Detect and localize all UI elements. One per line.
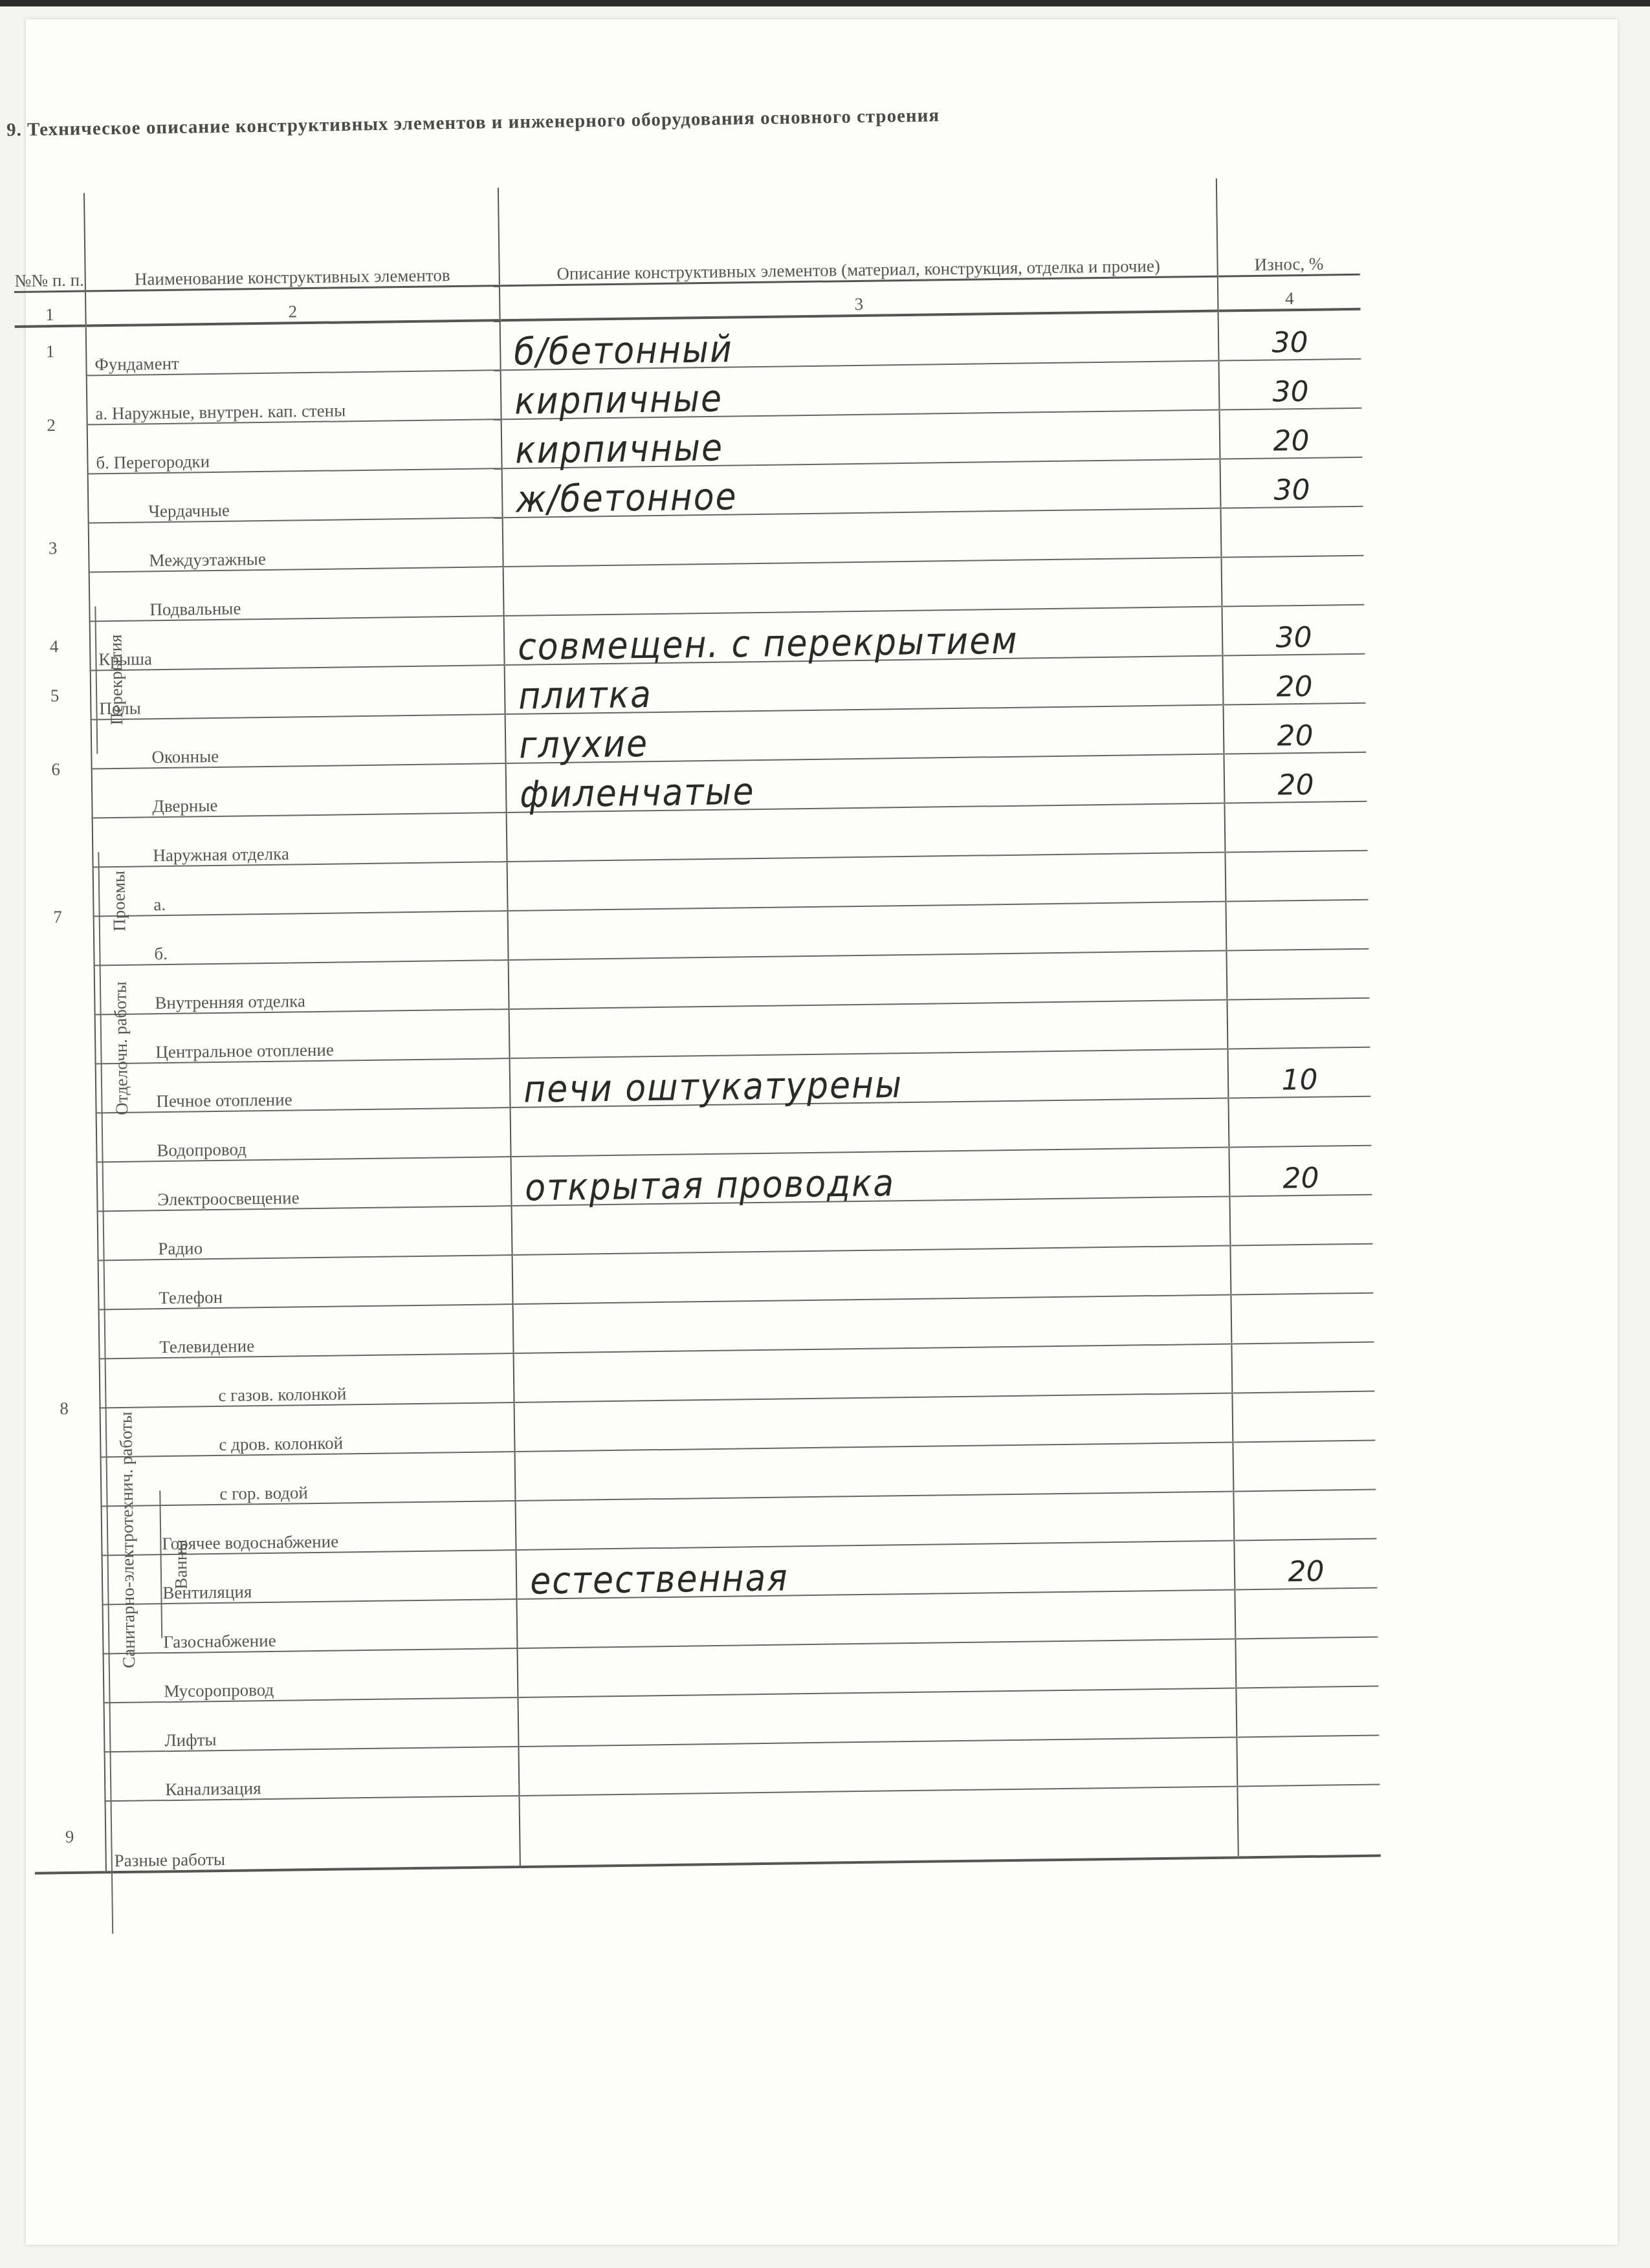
wear-percent-field[interactable] bbox=[1235, 1637, 1378, 1688]
element-name: Телефон bbox=[159, 1287, 223, 1307]
wear-percent-field[interactable]: 20 bbox=[1229, 1146, 1372, 1197]
wear-percent-field[interactable]: 20 bbox=[1223, 654, 1366, 705]
element-name: Наружная отделка bbox=[153, 844, 289, 866]
element-name: Подвальные bbox=[149, 598, 241, 619]
element-name-cell: Печное отопление bbox=[96, 1058, 511, 1113]
element-name-cell: Лифты bbox=[104, 1697, 519, 1752]
scan-edge bbox=[0, 0, 1650, 6]
element-name: Лифты bbox=[164, 1730, 217, 1750]
element-name-cell: Мусоропровод bbox=[104, 1648, 518, 1703]
element-name: Центральное отопление bbox=[155, 1040, 334, 1062]
element-name: с дров. колонкой bbox=[219, 1433, 343, 1454]
handwritten-description: открытая проводка bbox=[525, 1165, 896, 1207]
description-field[interactable] bbox=[514, 1393, 1233, 1452]
handwritten-wear: 30 bbox=[1272, 375, 1309, 409]
col-number: 4 bbox=[1218, 274, 1361, 311]
table-body: 1Фундаментб/бетонный302а. Наружные, внут… bbox=[15, 309, 1381, 1873]
element-name-cell: Радио bbox=[98, 1206, 512, 1260]
group-label-finishing: Отделочн. работы bbox=[99, 950, 142, 1148]
wear-percent-field[interactable] bbox=[1232, 1391, 1375, 1443]
row-number: 5 bbox=[19, 670, 91, 720]
header-name: Наименование конструктивных элементов bbox=[84, 188, 500, 291]
element-name-cell: б. bbox=[94, 911, 509, 965]
wear-percent-field[interactable] bbox=[1228, 1096, 1371, 1148]
element-name: Радио bbox=[158, 1238, 203, 1258]
element-name-cell: а. Наружные, внутрен. кап. стены bbox=[87, 370, 501, 424]
element-name-cell: а. bbox=[93, 862, 508, 916]
element-name: Водопровод bbox=[157, 1139, 247, 1160]
row-number: 4 bbox=[19, 622, 91, 671]
element-name-cell: Полы bbox=[91, 665, 505, 719]
wear-percent-field[interactable] bbox=[1231, 1342, 1374, 1393]
wear-percent-field[interactable]: 20 bbox=[1234, 1539, 1377, 1590]
wear-percent-field[interactable] bbox=[1237, 1736, 1380, 1787]
row-number: 8 bbox=[24, 1014, 105, 1802]
element-name-cell: б. Перегородки bbox=[87, 419, 502, 474]
element-name-cell: Крыша bbox=[90, 616, 505, 670]
description-field[interactable]: открытая проводка bbox=[511, 1148, 1230, 1206]
description-field[interactable] bbox=[519, 1786, 1238, 1867]
wear-percent-field[interactable] bbox=[1226, 900, 1369, 951]
handwritten-description: б/бетонный bbox=[514, 331, 733, 371]
handwritten-wear: 20 bbox=[1277, 719, 1314, 753]
description-field[interactable] bbox=[509, 951, 1227, 1010]
wear-percent-field[interactable]: 10 bbox=[1227, 1047, 1370, 1098]
element-name-cell: Оконные bbox=[91, 714, 506, 769]
element-name: Внутренняя отделка bbox=[155, 991, 305, 1012]
element-name: Дверные bbox=[152, 796, 217, 816]
wear-percent-field[interactable] bbox=[1233, 1441, 1376, 1492]
handwritten-wear: 20 bbox=[1277, 769, 1314, 802]
element-name-cell: Электроосвещение bbox=[97, 1157, 512, 1211]
element-name-cell: Дверные bbox=[92, 763, 507, 818]
row-number: 3 bbox=[17, 474, 90, 622]
element-name-cell: Канализация bbox=[105, 1747, 520, 1801]
header-wear: Износ, % bbox=[1216, 177, 1360, 276]
element-name: Мусоропровод bbox=[164, 1680, 274, 1701]
handwritten-description: филенчатые bbox=[520, 773, 755, 813]
handwritten-wear: 20 bbox=[1282, 1162, 1319, 1195]
description-field[interactable] bbox=[509, 1000, 1228, 1059]
element-name: Канализация bbox=[165, 1778, 261, 1799]
handwritten-wear: 20 bbox=[1273, 424, 1310, 458]
description-field[interactable] bbox=[513, 1295, 1232, 1354]
wear-percent-field[interactable]: 30 bbox=[1219, 359, 1362, 410]
handwritten-description: кирпичные bbox=[515, 430, 724, 469]
wear-percent-field[interactable] bbox=[1236, 1686, 1379, 1738]
element-name-cell: Междуэтажные bbox=[89, 518, 503, 572]
handwritten-description: печи оштукатурены bbox=[523, 1067, 903, 1109]
description-field[interactable] bbox=[518, 1688, 1237, 1747]
description-field[interactable] bbox=[508, 902, 1227, 961]
group-label-baths: Ванны bbox=[159, 1490, 201, 1638]
row-number: 1 bbox=[15, 326, 87, 376]
element-name-cell: Телефон bbox=[98, 1255, 513, 1309]
header-num: №№ п. п. bbox=[13, 193, 85, 292]
group-label-overlaps: Перекрытия bbox=[94, 606, 137, 754]
row-number: 6 bbox=[20, 719, 93, 818]
handwritten-description: совмещен. с перекрытием bbox=[518, 622, 1018, 666]
handwritten-wear: 10 bbox=[1281, 1063, 1318, 1097]
element-name: Оконные bbox=[151, 747, 219, 767]
element-name: а. bbox=[153, 895, 166, 914]
element-name-cell: Водопровод bbox=[96, 1107, 511, 1162]
description-field[interactable] bbox=[518, 1737, 1237, 1796]
wear-percent-field[interactable]: 20 bbox=[1220, 408, 1363, 459]
wear-percent-field[interactable]: 20 bbox=[1224, 752, 1367, 803]
col-number: 1 bbox=[14, 291, 86, 327]
element-name-cell: Центральное отопление bbox=[95, 1009, 510, 1063]
description-field[interactable] bbox=[517, 1639, 1236, 1697]
description-field[interactable] bbox=[503, 558, 1222, 616]
wear-percent-field[interactable] bbox=[1224, 801, 1367, 853]
element-name: Электроосвещение bbox=[157, 1188, 300, 1209]
description-field[interactable]: совмещен. с перекрытием bbox=[504, 607, 1223, 666]
element-name-cell: Чердачные bbox=[88, 468, 503, 523]
handwritten-wear: 30 bbox=[1271, 326, 1308, 360]
element-name: с газов. колонкой bbox=[218, 1384, 346, 1405]
handwritten-description: естественная bbox=[530, 1560, 789, 1600]
wear-percent-field[interactable] bbox=[1230, 1244, 1373, 1295]
row-number: 7 bbox=[21, 818, 95, 1015]
element-name-cell: Наружная отделка bbox=[93, 812, 507, 867]
element-name: с гор. водой bbox=[219, 1483, 308, 1503]
element-name: б. Перегородки bbox=[96, 452, 210, 472]
technical-description-form: №№ п. п. Наименование конструктивных эле… bbox=[13, 177, 1394, 1875]
wear-percent-field[interactable]: 30 bbox=[1218, 309, 1361, 361]
elements-table: №№ п. п. Наименование конструктивных эле… bbox=[13, 177, 1381, 1875]
description-field[interactable] bbox=[516, 1491, 1235, 1550]
description-field[interactable] bbox=[514, 1344, 1233, 1402]
description-field[interactable]: печи оштукатурены bbox=[510, 1049, 1229, 1108]
handwritten-description: ж/бетонное bbox=[516, 479, 738, 519]
wear-percent-field[interactable] bbox=[1235, 1588, 1378, 1639]
element-name: Междуэтажные bbox=[149, 549, 266, 570]
wear-percent-field[interactable]: 30 bbox=[1222, 605, 1365, 656]
element-name-cell: Подвальные bbox=[89, 567, 504, 621]
handwritten-description: плитка bbox=[518, 677, 652, 715]
element-name: Фундамент bbox=[94, 354, 179, 375]
element-name-cell: Разные работы bbox=[105, 1796, 520, 1872]
element-name-cell: с дров. колонкой bbox=[100, 1402, 515, 1457]
handwritten-description: кирпичные bbox=[514, 380, 723, 420]
wear-percent-field[interactable] bbox=[1237, 1785, 1380, 1858]
row-number: 2 bbox=[16, 376, 88, 475]
element-name-cell: Фундамент bbox=[86, 320, 501, 375]
wear-percent-field[interactable] bbox=[1227, 998, 1370, 1049]
handwritten-wear: 20 bbox=[1276, 670, 1313, 704]
wear-percent-field[interactable] bbox=[1231, 1293, 1374, 1344]
wear-percent-field[interactable]: 20 bbox=[1223, 703, 1366, 754]
description-field[interactable] bbox=[512, 1246, 1231, 1305]
element-name-cell: с газов. колонкой bbox=[100, 1353, 514, 1408]
element-name: Печное отопление bbox=[156, 1089, 292, 1111]
element-name: Чердачные bbox=[148, 501, 230, 521]
description-field[interactable] bbox=[515, 1442, 1234, 1501]
description-field[interactable] bbox=[507, 853, 1226, 911]
wear-percent-field[interactable] bbox=[1222, 556, 1365, 607]
element-name-cell: Телевидение bbox=[99, 1304, 514, 1358]
element-name-cell: Внутренняя отделка bbox=[94, 960, 509, 1014]
wear-percent-field[interactable] bbox=[1229, 1195, 1372, 1246]
handwritten-wear: 30 bbox=[1273, 474, 1310, 507]
header-desc: Описание конструктивных элементов (матер… bbox=[498, 179, 1218, 286]
description-field[interactable]: естественная bbox=[516, 1540, 1235, 1599]
element-name: Телевидение bbox=[159, 1336, 254, 1357]
wear-percent-field[interactable] bbox=[1221, 507, 1364, 558]
handwritten-wear: 20 bbox=[1288, 1555, 1325, 1589]
description-field[interactable]: б/бетонный bbox=[500, 311, 1219, 371]
table-header: №№ п. п. Наименование конструктивных эле… bbox=[13, 177, 1360, 292]
wear-percent-field[interactable] bbox=[1233, 1490, 1376, 1541]
element-name: б. bbox=[154, 944, 168, 963]
handwritten-description: глухие bbox=[519, 726, 649, 765]
wear-percent-field[interactable]: 30 bbox=[1220, 457, 1363, 508]
group-label-openings: Проемы bbox=[98, 852, 139, 951]
col-number: 2 bbox=[85, 286, 500, 326]
element-name: а. Наружные, внутрен. кап. стены bbox=[95, 400, 346, 423]
handwritten-wear: 30 bbox=[1275, 621, 1312, 655]
row-number: 9 bbox=[34, 1801, 106, 1873]
wear-percent-field[interactable] bbox=[1226, 949, 1369, 1000]
wear-percent-field[interactable] bbox=[1225, 851, 1368, 902]
